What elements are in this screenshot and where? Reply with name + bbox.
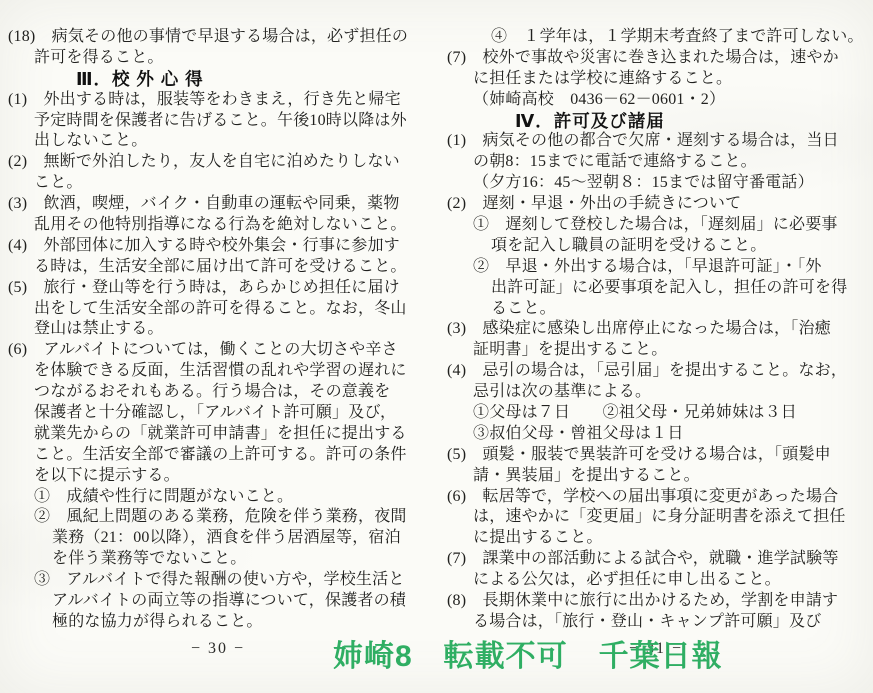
text-line: (3) 感染症に感染し出席停止になった場合は，「治癒 <box>445 319 871 340</box>
text-line: を伴う業務等でないこと。 <box>6 549 432 570</box>
text-line: ① 遅刻して登校した場合は，「遅刻届」に必要事 <box>445 215 871 236</box>
text-line: (7) 課業中の部活動による試合や，就職・進学試験等 <box>445 549 871 570</box>
text-line: (3) 飲酒，喫煙，バイク・自動車の運転や同乗，薬物 <box>6 194 432 215</box>
text-line: (2) 無断で外泊したり，友人を自宅に泊めたりしない <box>6 152 432 173</box>
text-line: (2) 遅刻・早退・外出の手続きについて <box>445 194 871 215</box>
text-line: に担任または学校に連絡すること。 <box>445 69 871 90</box>
text-line: は，速やかに「変更届」に身分証明書を添えて担任 <box>445 507 871 528</box>
left-text-column: (18) 病気その他の事情で早退する場合は，必ず担任の許可を得ること。Ⅲ．校 外… <box>6 27 432 633</box>
text-line: 許可を得ること。 <box>6 48 432 69</box>
text-line: を体験できる反面，生活習慣の乱れや学習の遅れに <box>6 361 432 382</box>
text-line: 請・異装届」を提出すること。 <box>445 466 871 487</box>
text-line: (1) 外出する時は，服装等をわきまえ，行き先と帰宅 <box>6 90 432 111</box>
scanned-document-page: (18) 病気その他の事情で早退する場合は，必ず担任の許可を得ること。Ⅲ．校 外… <box>0 0 873 693</box>
text-line: ④ １学年は，１学期末考査終了まで許可しない。 <box>445 27 871 48</box>
text-line: を以下に提示する。 <box>6 466 432 487</box>
text-line: (4) 外部団体に加入する時や校外集会・行事に参加す <box>6 236 432 257</box>
text-line: こと。 <box>6 173 432 194</box>
text-line: つながるおそれもある。行う場合は，その意義を <box>6 382 432 403</box>
text-line: ること。 <box>445 299 871 320</box>
text-line: る時は，生活安全部に届け出て許可を受けること。 <box>6 257 432 278</box>
text-line: (6) 転居等で，学校への届出事項に変更があった場合 <box>445 487 871 508</box>
text-line: 出しないこと。 <box>6 131 432 152</box>
text-line: (5) 頭髪・服装で異装許可を受ける場合は，「頭髪申 <box>445 445 871 466</box>
text-line: 乱用その他特別指導になる行為を絶対しないこと。 <box>6 215 432 236</box>
text-line: Ⅳ．許可及び諸届 <box>445 111 871 132</box>
text-line: ② 早退・外出する場合は，「早退許可証」・「外 <box>445 257 871 278</box>
text-line: ② 風紀上問題のある業務，危険を伴う業務，夜間 <box>6 507 432 528</box>
text-line: (1) 病気その他の都合で欠席・遅刻する場合は，当日 <box>445 131 871 152</box>
text-line: 項を記入し職員の証明を受けること。 <box>445 236 871 257</box>
text-line: る場合は，「旅行・登山・キャンプ許可願」及び <box>445 612 871 633</box>
newspaper-watermark: 姉崎8 転載不可 千葉日報 <box>333 631 723 675</box>
text-line: 極的な協力が得られること。 <box>6 612 432 633</box>
text-line: による公欠は，必ず担任に申し出ること。 <box>445 570 871 591</box>
text-line: 証明書」を提出すること。 <box>445 340 871 361</box>
text-line: (8) 長期休業中に旅行に出かけるため，学割を申請す <box>445 591 871 612</box>
right-text-column: ④ １学年は，１学期末考査終了まで許可しない。(7) 校外で事故や災害に巻き込ま… <box>445 27 871 633</box>
text-line: アルバイトの両立等の指導について，保護者の積 <box>6 591 432 612</box>
text-line: (7) 校外で事故や災害に巻き込まれた場合は，速やか <box>445 48 871 69</box>
text-line: 就業先からの「就業許可申請書」を担任に提出する <box>6 424 432 445</box>
text-line: ① 成績や性行に問題がないこと。 <box>6 487 432 508</box>
text-line: ①父母は７日 ②祖父母・兄弟姉妹は３日 <box>445 403 871 424</box>
text-line: の朝8：15までに電話で連絡すること。 <box>445 152 871 173</box>
text-line: こと。生活安全部で審議の上許可する。許可の条件 <box>6 445 432 466</box>
text-line: ③ アルバイトで得た報酬の使い方や，学校生活と <box>6 570 432 591</box>
text-line: (6) アルバイトについては，働くことの大切さや辛さ <box>6 340 432 361</box>
page-number-30: − 30 − <box>118 640 318 658</box>
text-line: Ⅲ．校 外 心 得 <box>6 69 432 90</box>
text-line: (5) 旅行・登山等を行う時は，あらかじめ担任に届け <box>6 278 432 299</box>
text-line: 登山は禁止する。 <box>6 319 432 340</box>
text-line: 予定時間を保護者に告げること。午後10時以降は外 <box>6 111 432 132</box>
text-line: (18) 病気その他の事情で早退する場合は，必ず担任の <box>6 27 432 48</box>
text-line: に提出すること。 <box>445 528 871 549</box>
text-line: 出許可証」に必要事項を記入し，担任の許可を得 <box>445 278 871 299</box>
text-line: 保護者と十分確認し，「アルバイト許可願」及び， <box>6 403 432 424</box>
text-line: 業務（21：00以降），酒食を伴う居酒屋等，宿泊 <box>6 528 432 549</box>
text-line: （夕方16：45〜翌朝８：15までは留守番電話） <box>445 173 871 194</box>
text-line: 出をして生活安全部の許可を得ること。なお，冬山 <box>6 299 432 320</box>
text-line: (4) 忌引の場合は，「忌引届」を提出すること。なお， <box>445 361 871 382</box>
text-line: 忌引は次の基準による。 <box>445 382 871 403</box>
text-line: ③叔伯父母・曾祖父母は１日 <box>445 424 871 445</box>
text-line: （姉崎高校 0436－62－0601・2） <box>445 90 871 111</box>
